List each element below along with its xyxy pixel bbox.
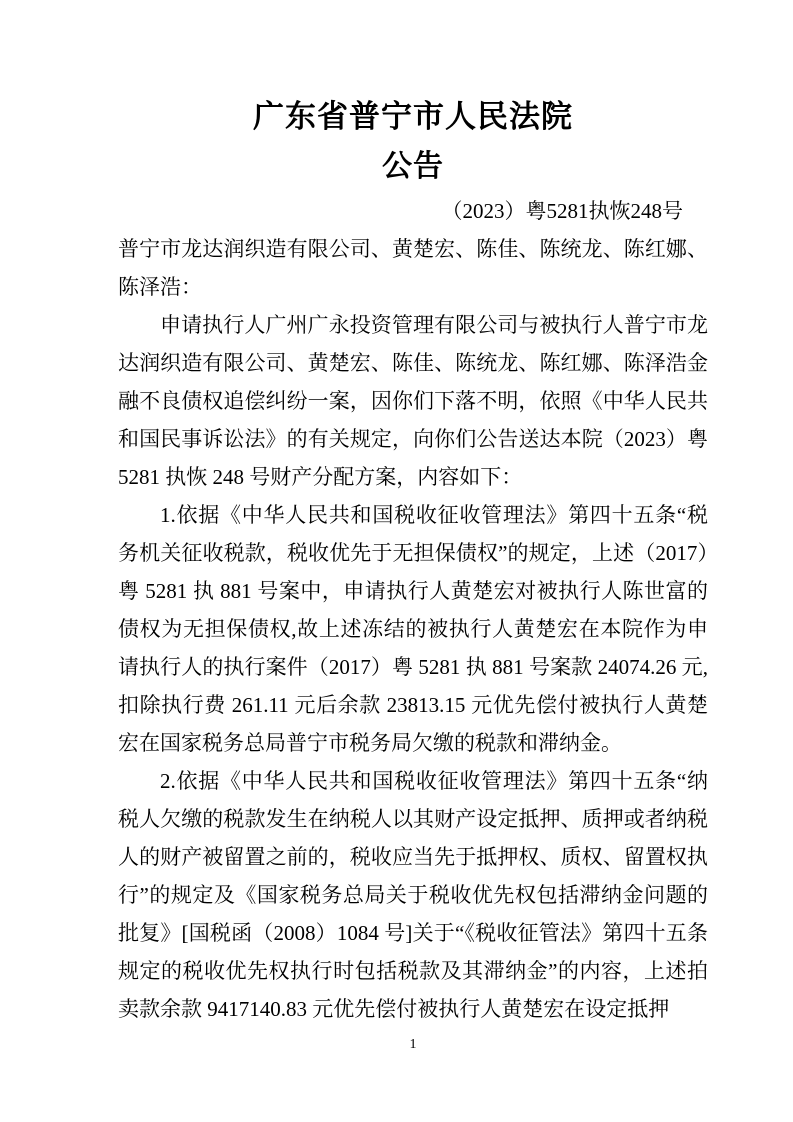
- paragraph-list: 申请执行人广州广永投资管理有限公司与被执行人普宁市龙达润织造有限公司、黄楚宏、陈…: [118, 306, 708, 1028]
- document-page: 广东省普宁市人民法院 公告 （2023）粤5281执恢248号 普宁市龙达润织造…: [0, 0, 793, 1122]
- doc-type-title: 公告: [118, 146, 708, 188]
- addressee-line: 普宁市龙达润织造有限公司、黄楚宏、陈佳、陈统龙、陈红娜、陈泽浩：: [118, 230, 708, 306]
- document-body: 普宁市龙达润织造有限公司、黄楚宏、陈佳、陈统龙、陈红娜、陈泽浩： 申请执行人广州…: [118, 230, 708, 1028]
- court-name-title: 广东省普宁市人民法院: [118, 96, 708, 138]
- body-paragraph: 1.依据《中华人民共和国税收征收管理法》第四十五条“税务机关征收税款，税收优先于…: [118, 496, 708, 762]
- case-number: （2023）粤5281执恢248号: [118, 198, 708, 224]
- body-paragraph: 2.依据《中华人民共和国税收征收管理法》第四十五条“纳税人欠缴的税款发生在纳税人…: [118, 762, 708, 1028]
- body-paragraph: 申请执行人广州广永投资管理有限公司与被执行人普宁市龙达润织造有限公司、黄楚宏、陈…: [118, 306, 708, 496]
- page-number: 1: [118, 1036, 708, 1054]
- document-content: 广东省普宁市人民法院 公告 （2023）粤5281执恢248号 普宁市龙达润织造…: [118, 96, 708, 1028]
